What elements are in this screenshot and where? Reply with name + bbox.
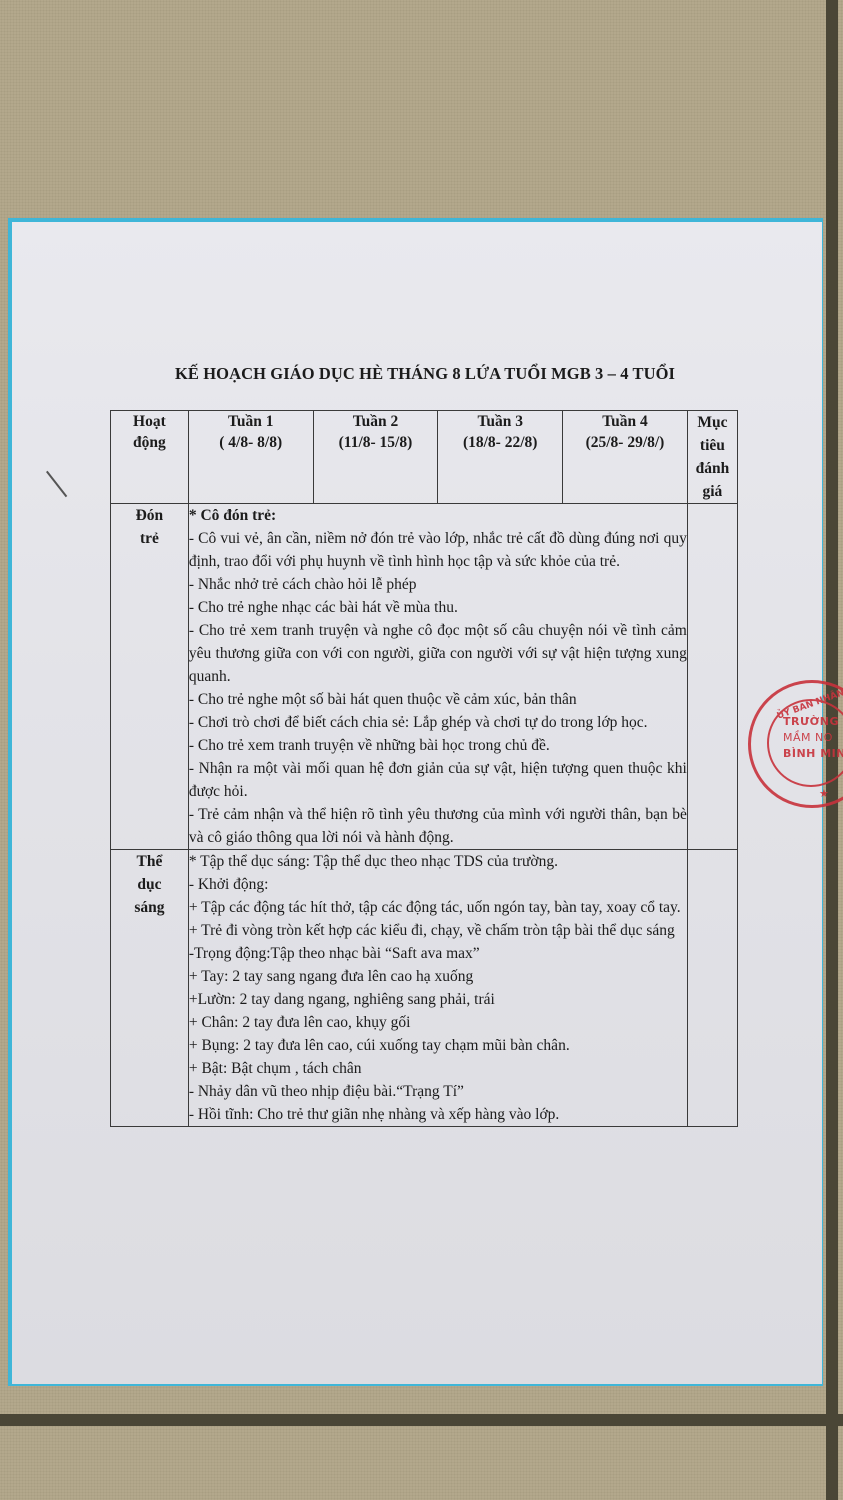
week-label: Tuần 3 (438, 411, 562, 432)
goal-cell (687, 504, 737, 850)
document-title: KẾ HOẠCH GIÁO DỤC HÈ THÁNG 8 LỨA TUỔI MG… (110, 364, 740, 384)
goal-header-label: Mục tiêu đánh giá (692, 411, 732, 503)
header-row: Hoạt động Tuần 1 ( 4/8- 8/8) Tuần 2 (11/… (111, 411, 738, 504)
content-line: + Bụng: 2 tay đưa lên cao, cúi xuống tay… (189, 1034, 687, 1057)
content-line: - Cô vui vẻ, ân cần, niềm nở đón trẻ vào… (189, 527, 687, 573)
stamp-line: TRƯỜNG (783, 715, 839, 728)
activity-header-label: Hoạt động (129, 411, 169, 453)
week-range: ( 4/8- 8/8) (189, 432, 313, 453)
content-line: - Nhắc nhở trẻ cách chào hỏi lễ phép (189, 573, 687, 596)
content-line: - Khởi động: (189, 873, 687, 896)
goal-column-header: Mục tiêu đánh giá (687, 411, 737, 504)
activity-label: Thể dục sáng (129, 850, 169, 919)
week-range: (11/8- 15/8) (314, 432, 438, 453)
table-row: Thể dục sáng * Tập thể dục sáng: Tập thể… (111, 850, 738, 1127)
stamp-line: MẦM NO (783, 731, 833, 744)
content-lines: * Tập thể dục sáng: Tập thể dục theo nhạ… (189, 850, 687, 1126)
content-line: + Bật: Bật chụm , tách chân (189, 1057, 687, 1080)
content-line: - Cho trẻ nghe nhạc các bài hát về mùa t… (189, 596, 687, 619)
content-line: + Trẻ đi vòng tròn kết hợp các kiểu đi, … (189, 919, 687, 942)
week-2-header: Tuần 2 (11/8- 15/8) (313, 411, 438, 504)
table-row: Đón trẻ * Cô đón trẻ: - Cô vui vẻ, ân cầ… (111, 504, 738, 850)
content-line: - Nhảy dân vũ theo nhịp điệu bài.“Trạng … (189, 1080, 687, 1103)
content-line: - Cho trẻ xem tranh truyện về những bài … (189, 734, 687, 757)
stamp-line: BÌNH MIN (783, 747, 843, 760)
content-line: - Nhận ra một vài mối quan hệ đơn giản c… (189, 757, 687, 803)
pen-mark (46, 471, 67, 497)
week-3-header: Tuần 3 (18/8- 22/8) (438, 411, 563, 504)
content-line: -Trọng động:Tập theo nhạc bài “Saft ava … (189, 942, 687, 965)
content-line: - Chơi trò chơi để biết cách chia sẻ: Lắ… (189, 711, 687, 734)
week-range: (18/8- 22/8) (438, 432, 562, 453)
content-line: * Tập thể dục sáng: Tập thể dục theo nhạ… (189, 850, 687, 873)
content-heading: * Cô đón trẻ: (189, 504, 687, 527)
week-1-header: Tuần 1 ( 4/8- 8/8) (188, 411, 313, 504)
week-range: (25/8- 29/8/) (563, 432, 687, 453)
activity-column-header: Hoạt động (111, 411, 189, 504)
content-lines: - Cô vui vẻ, ân cần, niềm nở đón trẻ vào… (189, 527, 687, 849)
wall-tile-groove-horizontal (0, 1414, 843, 1426)
content-line: + Chân: 2 tay đưa lên cao, khụy gối (189, 1011, 687, 1034)
goal-cell (687, 850, 737, 1127)
star-icon: ★ (819, 787, 829, 800)
content-line: - Hồi tĩnh: Cho trẻ thư giãn nhẹ nhàng v… (189, 1103, 687, 1126)
content-line: + Tập các động tác hít thở, tập các động… (189, 896, 687, 919)
content-line: - Cho trẻ nghe một số bài hát quen thuộc… (189, 688, 687, 711)
content-line: - Cho trẻ xem tranh truyện và nghe cô đọ… (189, 619, 687, 688)
content-cell: * Cô đón trẻ: - Cô vui vẻ, ân cần, niềm … (188, 504, 687, 850)
plan-table: Hoạt động Tuần 1 ( 4/8- 8/8) Tuần 2 (11/… (110, 410, 738, 1127)
week-4-header: Tuần 4 (25/8- 29/8/) (563, 411, 688, 504)
content-line: + Tay: 2 tay sang ngang đưa lên cao hạ x… (189, 965, 687, 988)
content-cell: * Tập thể dục sáng: Tập thể dục theo nhạ… (188, 850, 687, 1127)
week-label: Tuần 1 (189, 411, 313, 432)
activity-label: Đón trẻ (129, 504, 169, 550)
content-line: +Lườn: 2 tay dang ngang, nghiêng sang ph… (189, 988, 687, 1011)
week-label: Tuần 2 (314, 411, 438, 432)
content-line: - Trẻ cảm nhận và thể hiện rõ tình yêu t… (189, 803, 687, 849)
activity-cell: Đón trẻ (111, 504, 189, 850)
week-label: Tuần 4 (563, 411, 687, 432)
activity-cell: Thể dục sáng (111, 850, 189, 1127)
